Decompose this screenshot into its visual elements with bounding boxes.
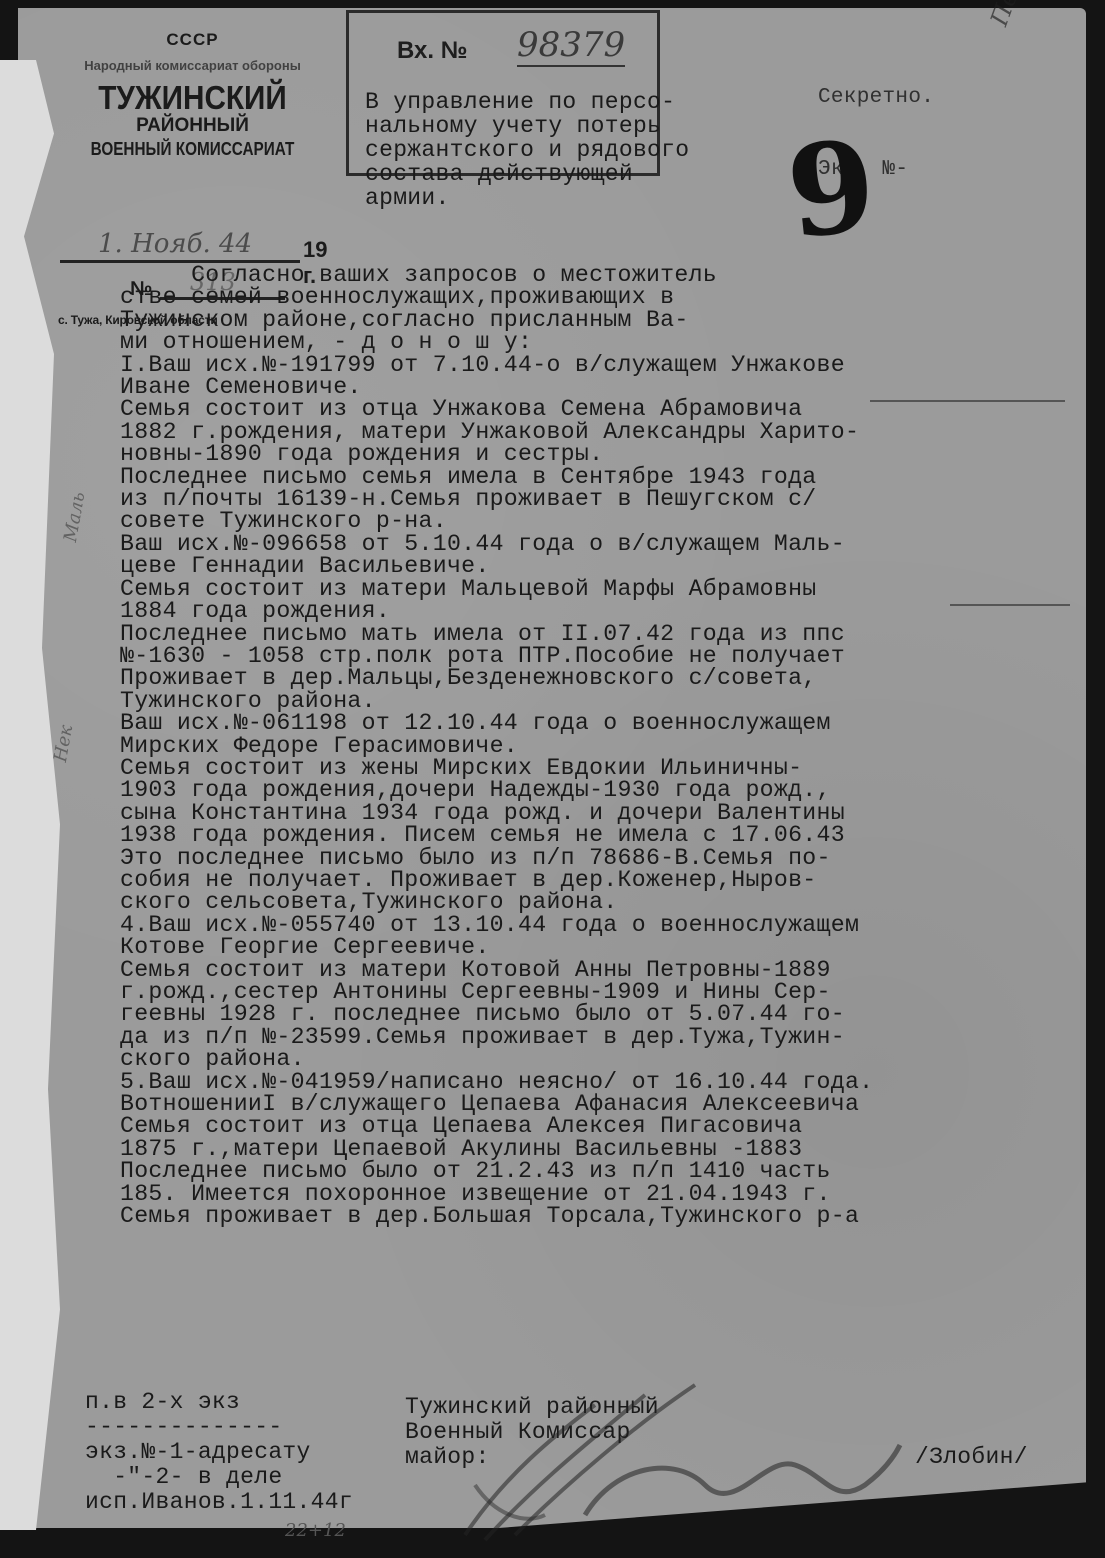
- handwritten-date: 1. Нояб. 44: [98, 229, 252, 259]
- year-prefix: 19: [303, 237, 327, 262]
- addressee-block: В управление по персо-нальному учету пот…: [365, 90, 689, 210]
- footer-distribution: п.в 2-х экз--------------экз.№-1-адресат…: [85, 1390, 353, 1515]
- body-line: Ваш исх.№-096658 от 5.10.44 года о в/слу…: [120, 533, 873, 555]
- body-line: Семья состоит из матери Мальцевой Марфы …: [120, 578, 873, 600]
- stamp-org: ВОЕННЫЙ КОМИССАРИАТ: [80, 139, 305, 160]
- stamp-date-field: 1. Нояб. 44 19г.: [60, 225, 350, 265]
- body-line: из п/почты 16139-н.Семья проживает в Пеш…: [120, 488, 873, 510]
- body-line: Семья состоит из жены Мирских Евдокии Ил…: [120, 757, 873, 779]
- handwritten-number-9: 9: [782, 124, 882, 257]
- body-line: №-1630 - 1058 стр.полк рота ПТР.Пособие …: [120, 645, 873, 667]
- body-line: 1882 г.рождения, матери Унжаковой Алекса…: [120, 421, 873, 443]
- distribution-line: -"-2- в деле: [85, 1465, 353, 1490]
- body-line: новны-1890 года рождения и сестры.: [120, 443, 873, 465]
- body-line: Семья проживает в дер.Большая Торсала,Ту…: [120, 1205, 873, 1227]
- body-line: Последнее письмо семья имела в Сентябре …: [120, 466, 873, 488]
- body-line: ВотношенииI в/служащего Цепаева Афанасия…: [120, 1093, 873, 1115]
- body-line: I.Ваш исх.№-191799 от 7.10.44-о в/служащ…: [120, 354, 873, 376]
- distribution-line: --------------: [85, 1415, 353, 1440]
- body-line: да из п/п №-23599.Семья проживает в дер.…: [120, 1026, 873, 1048]
- body-line: Семья состоит из отца Унжакова Семена Аб…: [120, 398, 873, 420]
- stamp-country: СССР: [60, 30, 325, 50]
- body-line: Семья состоит из матери Котовой Анны Пет…: [120, 959, 873, 981]
- stamp-ministry: Народный комиссариат обороны: [60, 58, 325, 73]
- body-line: Согласно ваших запросов о местожитель: [120, 264, 873, 286]
- body-line: 1938 года рождения. Писем семья не имела…: [120, 824, 873, 846]
- signer-name: /Злобин/: [915, 1445, 1028, 1469]
- commissariat-stamp: СССР Народный комиссариат обороны ТУЖИНС…: [60, 30, 325, 160]
- body-line: совете Тужинского р-на.: [120, 510, 873, 532]
- body-line: Проживает в дер.Мальцы,Безденежновского …: [120, 667, 873, 689]
- body-line: 1903 года рождения,дочери Надежды-1930 г…: [120, 779, 873, 801]
- body-line: 5.Ваш исх.№-041959/написано неясно/ от 1…: [120, 1071, 873, 1093]
- addressee-line: состава действующей: [365, 162, 689, 186]
- distribution-line: экз.№-1-адресату: [85, 1440, 353, 1465]
- body-line: 4.Ваш исх.№-055740 от 13.10.44 года о во…: [120, 914, 873, 936]
- incoming-number: 98379: [517, 25, 625, 67]
- body-line: ского района.: [120, 1048, 873, 1070]
- body-line: Тужинского района.: [120, 690, 873, 712]
- secret-label: Секретно.: [818, 86, 934, 110]
- body-line: Котове Георгие Сергеевиче.: [120, 936, 873, 958]
- stamp-district-type: РАЙОННЫЙ: [60, 115, 325, 137]
- body-line: стве семей военнослужащих,проживающих в: [120, 286, 873, 308]
- handwritten-bottom-number: 22+12: [285, 1520, 346, 1541]
- body-line: Мирских Федоре Герасимовиче.: [120, 735, 873, 757]
- body-line: 1884 года рождения.: [120, 600, 873, 622]
- body-line: Последнее письмо мать имела от II.07.42 …: [120, 623, 873, 645]
- addressee-line: сержантского и рядового: [365, 138, 689, 162]
- body-line: Это последнее письмо было из п/п 78686-В…: [120, 847, 873, 869]
- handwritten-signature: [445, 1365, 915, 1555]
- surname-underline: [870, 400, 1065, 402]
- addressee-line: армии.: [365, 186, 689, 210]
- body-line: 1875 г.,матери Цепаевой Акулины Васильев…: [120, 1138, 873, 1160]
- body-line: Семья состоит из отца Цепаева Алексея Пи…: [120, 1115, 873, 1137]
- body-line: ми отношением, - д о н о ш у:: [120, 331, 873, 353]
- stamp-district: ТУЖИНСКИЙ: [73, 79, 312, 117]
- body-line: Иване Семеновиче.: [120, 376, 873, 398]
- body-line: ского сельсовета,Тужинского района.: [120, 891, 873, 913]
- incoming-label: Вх. №: [397, 37, 467, 65]
- body-line: геевны 1928 г. последнее письмо было от …: [120, 1003, 873, 1025]
- body-line: Ваш исх.№-061198 от 12.10.44 года о воен…: [120, 712, 873, 734]
- distribution-line: исп.Иванов.1.11.44г: [85, 1490, 353, 1515]
- surname-underline: [950, 604, 1070, 606]
- body-line: собия не получает. Проживает в дер.Кожен…: [120, 869, 873, 891]
- addressee-line: нальному учету потерь: [365, 114, 689, 138]
- body-line: сына Константина 1934 года рожд. и дочер…: [120, 802, 873, 824]
- body-line: цеве Геннадии Васильевиче.: [120, 555, 873, 577]
- distribution-line: п.в 2-х экз: [85, 1390, 353, 1415]
- body-line: Тужинском районе,согласно присланным Ва-: [120, 309, 873, 331]
- body-line: 185. Имеется похоронное извещение от 21.…: [120, 1183, 873, 1205]
- body-line: Последнее письмо было от 21.2.43 из п/п …: [120, 1160, 873, 1182]
- addressee-line: В управление по персо-: [365, 90, 689, 114]
- letter-body: Согласно ваших запросов о местожительств…: [120, 264, 873, 1227]
- body-line: г.рожд.,сестер Антонины Сергеевны-1909 и…: [120, 981, 873, 1003]
